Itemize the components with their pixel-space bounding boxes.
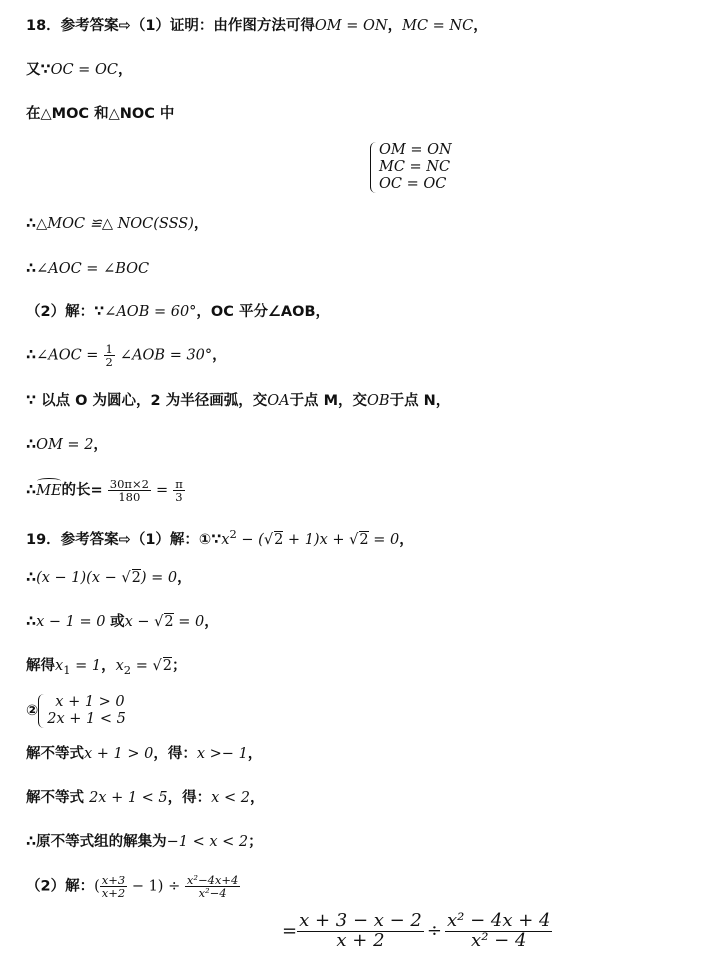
sqrt-radicand: 2 <box>132 569 141 586</box>
q19-part2-line: （2）解：(x+3x+2 − 1) ÷ x²−4x+4x²−4 <box>26 874 240 899</box>
therefore-text: ∴ <box>26 261 36 277</box>
math-oa: OA <box>267 393 289 409</box>
solve-inequality-text: 解不等式 <box>26 790 89 806</box>
q18-system: OM = ON MC = NC OC = OC <box>370 142 452 193</box>
exponent: 2 <box>229 527 236 541</box>
punctuation: ； <box>248 834 263 850</box>
math-part: −1 < x < 2 <box>167 834 249 850</box>
system-row: x + 1 > 0 <box>47 694 126 711</box>
math-x: x <box>116 658 124 674</box>
punctuation: ， <box>250 790 265 806</box>
therefore-text: ∴ <box>26 483 36 499</box>
therefore-text: ∴△ <box>26 216 47 232</box>
fraction-half: 12 <box>104 343 115 368</box>
math-angle-equal: ∠AOC = ∠BOC <box>36 261 149 277</box>
triangles-text: 在△MOC 和△NOC 中 <box>26 106 174 122</box>
punctuation: ， <box>473 18 488 34</box>
math-part: x − <box>125 614 155 630</box>
math-part: (x − 1)(x − <box>36 570 121 586</box>
therefore-text: ∴ <box>26 614 36 630</box>
sqrt-radicand: 2 <box>164 613 173 630</box>
math-om-on: OM = ON <box>315 18 388 34</box>
or-text: 或 <box>110 614 125 630</box>
therefore-text: ∴ <box>26 437 36 453</box>
fraction: x²−4x+4x²−4 <box>185 874 241 899</box>
math-ob: OB <box>367 393 390 409</box>
math-part: = 0 <box>174 614 205 630</box>
circled-two-label: ② <box>26 703 38 719</box>
sqrt-radicand: 2 <box>359 531 368 548</box>
system-row: OM = ON <box>379 142 452 159</box>
punctuation: ， <box>248 746 263 762</box>
punctuation: ； <box>172 658 187 674</box>
math-part: = <box>131 658 152 674</box>
brace-icon <box>38 694 45 728</box>
math-part: = 1 <box>71 658 102 674</box>
math-part: x − 1 = 0 <box>36 614 110 630</box>
denominator: x² − 4 <box>445 932 552 951</box>
math-result: x >− 1 <box>197 746 248 762</box>
punctuation: ， <box>204 614 219 630</box>
part2-header: （2）解：∵ <box>26 304 104 320</box>
separator: ， <box>101 658 116 674</box>
math-part: − ( <box>237 532 264 548</box>
fraction-pi-3: π3 <box>173 478 185 503</box>
math-oc-oc: OC = OC <box>51 62 118 78</box>
q18-congruent-line: ∴△MOC ≌△ NOC(SSS)， <box>26 214 208 234</box>
solve-inequality-text: 解不等式 <box>26 746 84 762</box>
math-congruent: MOC ≌△ NOC(SSS) <box>47 216 194 232</box>
q19-solution-set-line: ∴原不等式组的解集为−1 < x < 2； <box>26 832 263 852</box>
result-text: ，得： <box>153 746 197 762</box>
solve-text: 解得 <box>26 658 55 674</box>
q19-header: 19．参考答案⇨（1）解：①∵ <box>26 532 221 548</box>
therefore-text: ∴ <box>26 570 36 586</box>
q18-om-line: ∴OM = 2， <box>26 435 108 455</box>
numerator: x + 3 − x − 2 <box>297 912 424 932</box>
punctuation: ， <box>399 532 414 548</box>
q19-ineq-system-line: ② x + 1 > 0 2x + 1 < 5 <box>26 694 126 728</box>
sqrt-radicand: 2 <box>163 657 172 674</box>
equation-system: OM = ON MC = NC OC = OC <box>370 142 452 193</box>
q18-header: 18．参考答案⇨（1）证明：由作图方法可得 <box>26 18 315 34</box>
arclength-text: 的长= <box>62 483 103 499</box>
punctuation: ， <box>118 62 133 78</box>
math-part: x + 1 > 0 <box>84 746 153 762</box>
punctuation: ， <box>177 570 192 586</box>
fraction: x + 3 − x − 2x + 2 <box>297 912 424 951</box>
q18-part2-line: （2）解：∵∠AOB = 60°，OC 平分∠AOB， <box>26 302 330 322</box>
q19-ineq1-line: 解不等式x + 1 > 0，得：x >− 1， <box>26 744 262 764</box>
punctuation: ， <box>212 348 227 364</box>
q18-arc-line: ∵ 以点 O 为圆心，2 为半径画弧，交OA于点 M，交OB于点 N， <box>26 391 450 411</box>
equals: = <box>282 920 297 941</box>
punctuation: ， <box>93 437 108 453</box>
q18-angle-line: ∴∠AOC = ∠BOC <box>26 259 149 279</box>
fraction: x² − 4x + 4x² − 4 <box>445 912 552 951</box>
math-x: x <box>55 658 63 674</box>
therefore-text: ∴ <box>26 348 36 364</box>
q19-roots-line: 解得x1 = 1，x2 = √2； <box>26 656 186 680</box>
denominator: 180 <box>108 491 151 503</box>
denominator: 3 <box>173 491 185 503</box>
math-part: ) = 0 <box>141 570 177 586</box>
denominator: x²−4 <box>185 887 241 899</box>
equals: = <box>156 483 168 499</box>
brace-icon <box>370 142 377 193</box>
result-text: ，得： <box>168 790 212 806</box>
bisector-text: ，OC 平分∠AOB， <box>196 304 330 320</box>
math-part: − 1) ÷ <box>127 879 185 895</box>
q18-line-triangles: 在△MOC 和△NOC 中 <box>26 104 174 124</box>
denominator: x + 2 <box>297 932 424 951</box>
separator: ， <box>388 18 403 34</box>
sqrt-radicand: 2 <box>274 531 283 548</box>
q19-step-line: =x + 3 − x − 2x + 2÷x² − 4x + 4x² − 4 <box>282 912 552 951</box>
math-rhs: ∠AOB = 30° <box>120 348 212 364</box>
denominator: 2 <box>104 356 115 368</box>
subscript: 1 <box>63 663 70 677</box>
math-om-2: OM = 2 <box>36 437 93 453</box>
numerator: x² − 4x + 4 <box>445 912 552 932</box>
math-result: x < 2 <box>211 790 250 806</box>
math-part: 2x + 1 < 5 <box>89 790 168 806</box>
math-lhs: ∠AOC = <box>36 348 98 364</box>
arc-text: 于点 N， <box>390 393 451 409</box>
q19-ineq2-line: 解不等式 2x + 1 < 5，得：x < 2， <box>26 788 264 808</box>
math-mc-nc: MC = NC <box>402 18 473 34</box>
system-row: 2x + 1 < 5 <box>47 711 126 728</box>
q18-arclength-line: ∴ME的长= 30π×2180 = π3 <box>26 478 185 503</box>
system-row: MC = NC <box>379 159 452 176</box>
punctuation: ， <box>194 216 209 232</box>
math-angle-aob: ∠AOB = 60° <box>104 304 196 320</box>
arc-text: ∵ 以点 O 为圆心，2 为半径画弧，交 <box>26 393 267 409</box>
because-text: 又∵ <box>26 62 51 78</box>
fraction-arclength: 30π×2180 <box>108 478 151 503</box>
solution-set-text: ∴原不等式组的解集为 <box>26 834 167 850</box>
divide: ÷ <box>424 920 445 941</box>
inequality-system: x + 1 > 0 2x + 1 < 5 <box>38 694 126 728</box>
arc-me: ME <box>36 481 61 501</box>
q18-line-oc: 又∵OC = OC， <box>26 60 132 80</box>
q19-factor-line: ∴(x − 1)(x − √2) = 0， <box>26 568 192 588</box>
q19-header-line: 19．参考答案⇨（1）解：①∵x2 − (√2 + 1)x + √2 = 0， <box>26 524 414 550</box>
q18-header-line: 18．参考答案⇨（1）证明：由作图方法可得OM = ON，MC = NC， <box>26 16 488 36</box>
arc-text: 于点 M，交 <box>290 393 367 409</box>
q18-half-line: ∴∠AOC = 12 ∠AOB = 30°， <box>26 343 227 368</box>
part2-header: （2）解： <box>26 879 94 895</box>
system-row: OC = OC <box>379 176 452 193</box>
fraction: x+3x+2 <box>100 874 127 899</box>
math-part: + 1)x + <box>283 532 349 548</box>
math-part: = 0 <box>369 532 400 548</box>
q19-or-line: ∴x − 1 = 0 或x − √2 = 0， <box>26 612 219 632</box>
denominator: x+2 <box>100 887 127 899</box>
